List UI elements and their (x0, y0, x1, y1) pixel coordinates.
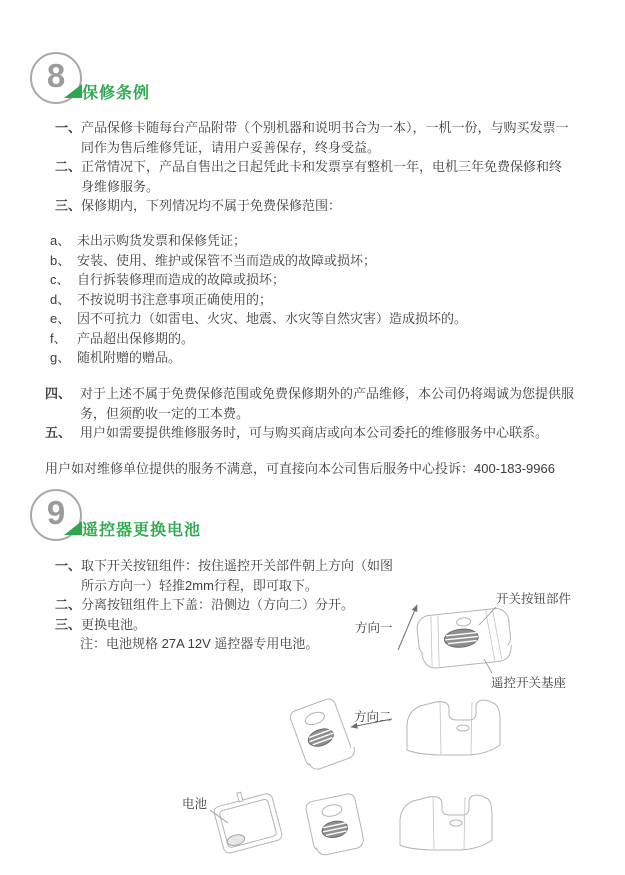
complaint-hotline-text: 用户如对维修单位提供的服务不满意，可直接向本公司售后服务中心投诉：400-183… (0, 459, 625, 479)
list-item: 四、 对于上述不属于免费保修范围或免费保修期外的产品维修，本公司仍将竭诚为您提供… (45, 384, 575, 423)
list-item: 一、 产品保修卡随每台产品附带（个别机器和说明书合为一本），一机一份，与购买发票… (55, 118, 575, 157)
list-item-number: g、 (50, 348, 77, 368)
list-item-text: 产品保修卡随每台产品附带（个别机器和说明书合为一本），一机一份，与购买发票一同作… (81, 118, 575, 157)
section8-number-badge: 8 (30, 52, 82, 104)
section9-number-badge: 9 (30, 489, 82, 541)
warranty-main-list: 一、 产品保修卡随每台产品附带（个别机器和说明书合为一本），一机一份，与购买发票… (0, 118, 625, 216)
list-item: 二、 正常情况下，产品自售出之日起凭此卡和发票享有整机一年，电机三年免费保修和终… (55, 157, 575, 196)
warranty-service-list: 四、 对于上述不属于免费保修范围或免费保修期外的产品维修，本公司仍将竭诚为您提供… (0, 384, 625, 443)
triangle-marker-icon (64, 521, 82, 535)
switch-base-bottom-drawing (400, 795, 492, 850)
switch-base-drawing (407, 700, 500, 755)
button-assembly-drawing (289, 696, 358, 772)
button-piece-drawing (305, 793, 365, 857)
list-item-number: a、 (50, 231, 77, 251)
list-item: f、 产品超出保修期的。 (50, 329, 575, 349)
list-item: e、 因不可抗力（如雷电、火灾、地震、水灾等自然灾害）造成损坏的。 (50, 309, 575, 329)
list-item-text: 随机附赠的赠品。 (77, 348, 575, 368)
list-item: 五、 用户如需要提供维修服务时，可与购买商店或向本公司委托的维修服务中心联系。 (45, 423, 575, 443)
list-item: g、 随机附赠的赠品。 (50, 348, 575, 368)
diagram-line-art (0, 580, 625, 875)
manual-page: 8 保修条例 一、 产品保修卡随每台产品附带（个别机器和说明书合为一本），一机一… (0, 0, 625, 875)
list-item: 三、 保修期内，下列情况均不属于免费保修范围： (55, 196, 575, 216)
list-item-number: 四、 (45, 384, 80, 423)
battery-section-header: 9 遥控器更换电池 (30, 489, 590, 545)
list-item-number: 一、 (55, 118, 81, 157)
list-item-number: 三、 (55, 196, 81, 216)
list-item-number: d、 (50, 290, 77, 310)
remote-battery-diagram: 方向一 开关按钮部件 遥控开关基座 方向二 电池 (0, 580, 625, 875)
list-item-text: 用户如需要提供维修服务时，可与购买商店或向本公司委托的维修服务中心联系。 (80, 423, 575, 443)
list-item-number: f、 (50, 329, 77, 349)
warranty-section-header: 8 保修条例 (30, 52, 590, 108)
warranty-exclusion-list: a、 未出示购货发票和保修凭证； b、 安装、使用、维护或保管不当而造成的故障或… (0, 231, 625, 368)
list-item-text: 安装、使用、维护或保管不当而造成的故障或损坏； (77, 251, 575, 271)
list-item-number: b、 (50, 251, 77, 271)
triangle-marker-icon (64, 84, 82, 98)
list-item-number: 二、 (55, 157, 81, 196)
list-item-text: 因不可抗力（如雷电、火灾、地震、水灾等自然灾害）造成损坏的。 (77, 309, 575, 329)
section8-title: 保修条例 (82, 80, 150, 103)
list-item-number: c、 (50, 270, 77, 290)
list-item-text: 保修期内，下列情况均不属于免费保修范围： (81, 196, 575, 216)
list-item-text: 不按说明书注意事项正确使用的； (77, 290, 575, 310)
list-item-number: 五、 (45, 423, 80, 443)
battery-label: 电池 (182, 794, 207, 812)
direction1-arrow-icon (398, 605, 417, 650)
battery-cover-drawing (211, 785, 283, 855)
direction2-label: 方向二 (354, 707, 392, 725)
base-label: 遥控开关基座 (491, 673, 566, 691)
list-item-text: 未出示购货发票和保修凭证； (77, 231, 575, 251)
section9-title: 遥控器更换电池 (82, 517, 201, 540)
list-item: a、 未出示购货发票和保修凭证； (50, 231, 575, 251)
list-item: b、 安装、使用、维护或保管不当而造成的故障或损坏； (50, 251, 575, 271)
button-part-label: 开关按钮部件 (496, 589, 571, 607)
assembled-remote-drawing (416, 607, 513, 669)
list-item-text: 自行拆装修理而造成的故障或损坏； (77, 270, 575, 290)
direction1-label: 方向一 (355, 618, 393, 636)
list-item-number: e、 (50, 309, 77, 329)
list-item-text: 产品超出保修期的。 (77, 329, 575, 349)
list-item-text: 对于上述不属于免费保修范围或免费保修期外的产品维修，本公司仍将竭诚为您提供服务，… (80, 384, 575, 423)
list-item: c、 自行拆装修理而造成的故障或损坏； (50, 270, 575, 290)
list-item: d、 不按说明书注意事项正确使用的； (50, 290, 575, 310)
list-item-text: 正常情况下，产品自售出之日起凭此卡和发票享有整机一年，电机三年免费保修和终身维修… (81, 157, 575, 196)
